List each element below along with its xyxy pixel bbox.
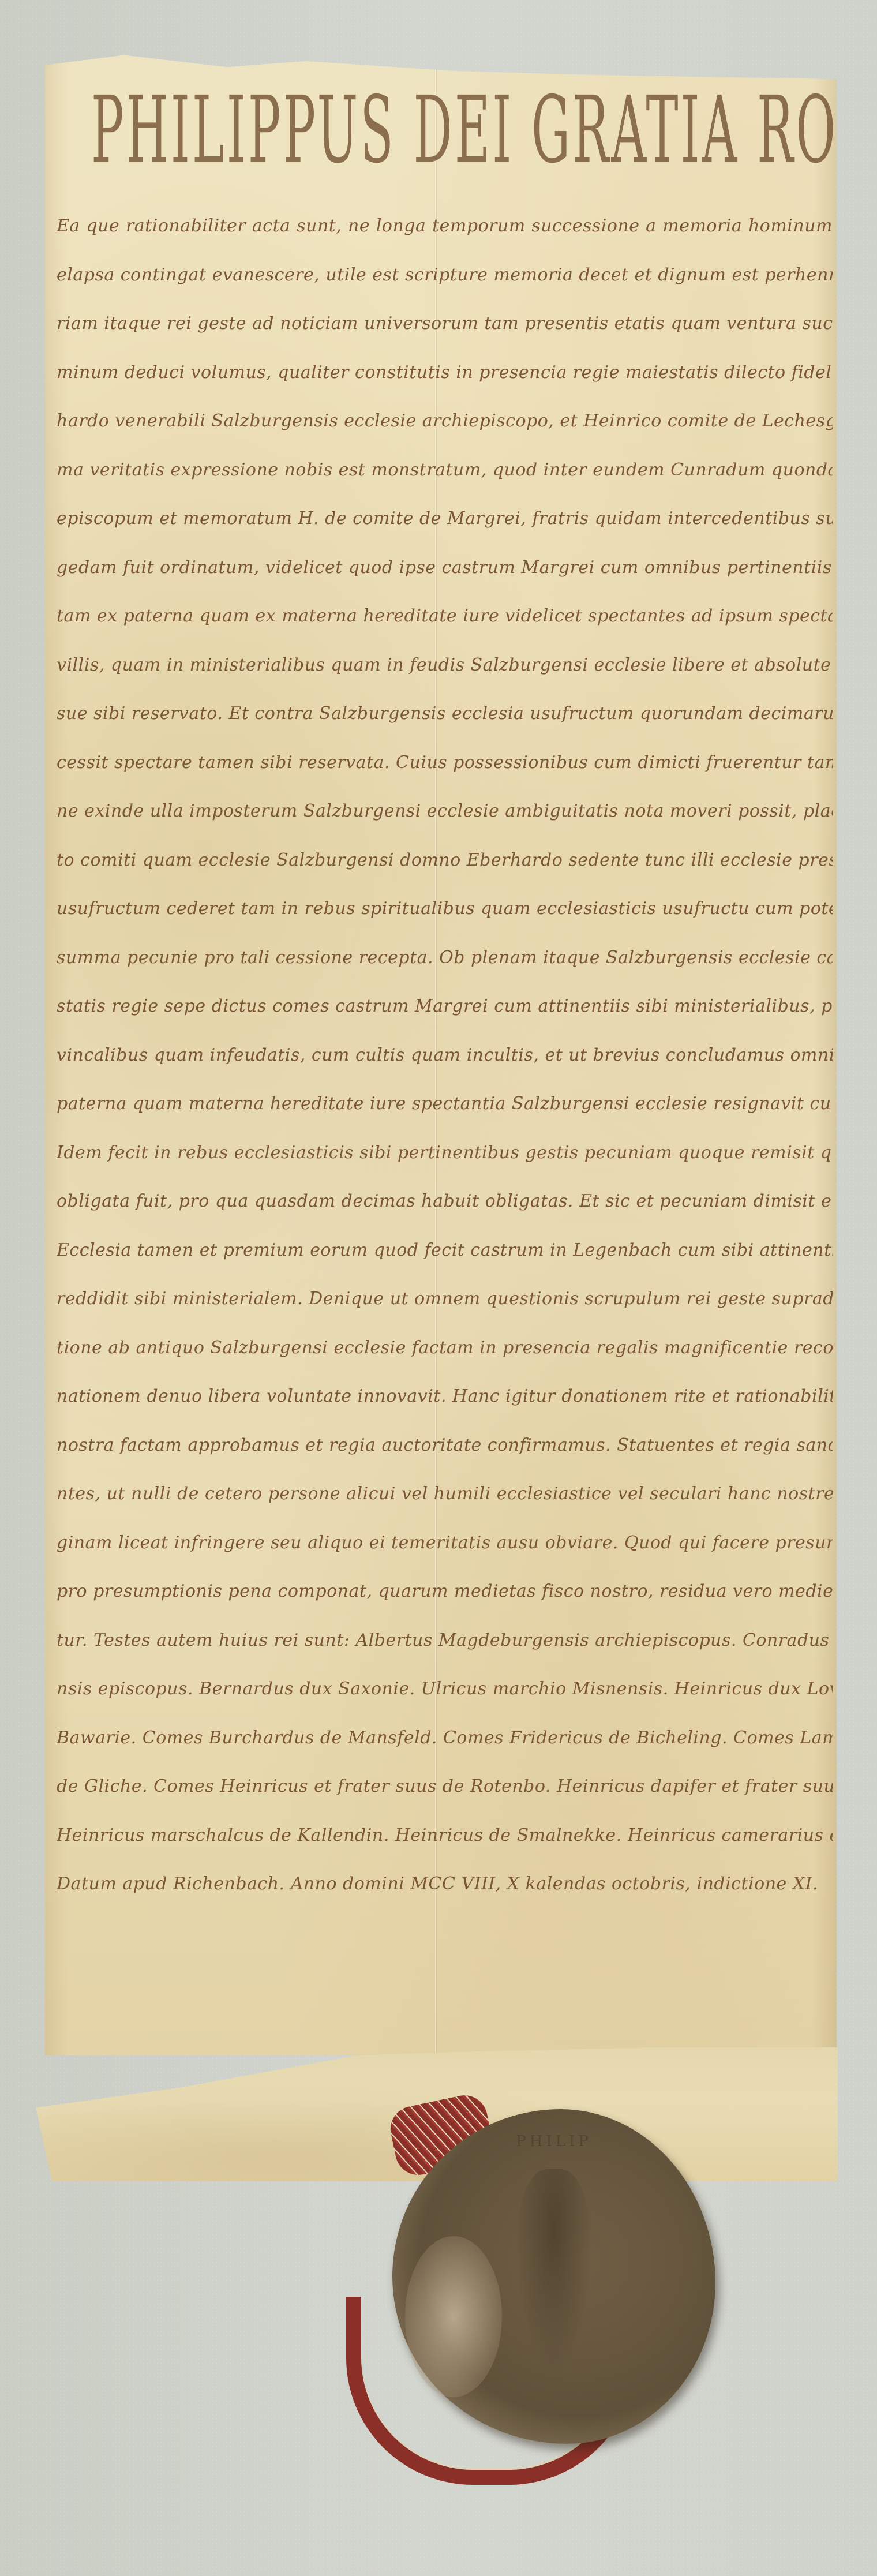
text-line: ne exinde ulla imposterum Salzburgensi e… xyxy=(57,787,833,836)
text-line: to comiti quam ecclesie Salzburgensi dom… xyxy=(57,836,833,885)
text-line: obligata fuit, pro qua quasdam decimas h… xyxy=(57,1177,833,1226)
text-line: vincalibus quam infeudatis, cum cultis q… xyxy=(57,1031,833,1080)
seal-legend: PHILIP xyxy=(470,2133,638,2150)
text-line: tur. Testes autem huius rei sunt: Albert… xyxy=(57,1616,833,1665)
text-line: reddidit sibi ministerialem. Denique ut … xyxy=(57,1275,833,1324)
text-line: Heinricus marschalcus de Kallendin. Hein… xyxy=(57,1811,833,1860)
text-line: nostra factam approbamus et regia auctor… xyxy=(57,1421,833,1470)
text-line: pro presumptionis pena componat, quarum … xyxy=(57,1567,833,1616)
text-line: hardo venerabili Salzburgensis ecclesie … xyxy=(57,397,833,446)
text-line: statis regie sepe dictus comes castrum M… xyxy=(57,982,833,1031)
text-line: paterna quam materna hereditate iure spe… xyxy=(57,1080,833,1129)
text-line: sue sibi reservato. Et contra Salzburgen… xyxy=(57,690,833,739)
text-line: nsis episcopus. Bernardus dux Saxonie. U… xyxy=(57,1665,833,1714)
text-line: cessit spectare tamen sibi reservata. Cu… xyxy=(57,739,833,788)
text-line: tione ab antiquo Salzburgensi ecclesie f… xyxy=(57,1324,833,1373)
text-line: summa pecunie pro tali cessione recepta.… xyxy=(57,934,833,983)
text-line: ntes, ut nulli de cetero persone alicui … xyxy=(57,1470,833,1519)
text-line: usufructum cederet tam in rebus spiritua… xyxy=(57,885,833,934)
charter-parchment: PHILIPPUS DEI GRATIA ROMANORUM REX ET SE… xyxy=(45,53,837,2055)
text-line: gedam fuit ordinatum, videlicet quod ips… xyxy=(57,544,833,593)
text-line: villis, quam in ministerialibus quam in … xyxy=(57,641,833,690)
text-line: episcopum et memoratum H. de comite de M… xyxy=(57,495,833,544)
elongated-script-heading: PHILIPPUS DEI GRATIA ROMANORUM REX ET SE… xyxy=(91,76,835,184)
dating-clause-line: Datum apud Richenbach. Anno domini MCC V… xyxy=(57,1860,833,1909)
text-line: Ecclesia tamen et premium eorum quod fec… xyxy=(57,1226,833,1275)
text-line: ginam liceat infringere seu aliquo ei te… xyxy=(57,1519,833,1568)
text-line: Bawarie. Comes Burchardus de Mansfeld. C… xyxy=(57,1714,833,1763)
text-line: ma veritatis expressione nobis est monst… xyxy=(57,446,833,495)
charter-text-body: Ea que rationabiliter acta sunt, ne long… xyxy=(57,202,833,1909)
enthroned-king-figure-icon xyxy=(515,2169,593,2377)
text-line: Idem fecit in rebus ecclesiasticis sibi … xyxy=(57,1129,833,1178)
text-line: nationem denuo libera voluntate innovavi… xyxy=(57,1372,833,1421)
text-line: tam ex paterna quam ex materna hereditat… xyxy=(57,592,833,641)
text-line: minum deduci volumus, qualiter constitut… xyxy=(57,349,833,398)
text-line: Ea que rationabiliter acta sunt, ne long… xyxy=(57,202,833,251)
wax-seal: PHILIP xyxy=(392,2109,715,2444)
seal-worn-area xyxy=(405,2236,502,2397)
text-line: riam itaque rei geste ad noticiam univer… xyxy=(57,299,833,349)
text-line: elapsa contingat evanescere, utile est s… xyxy=(57,251,833,300)
text-line: de Gliche. Comes Heinricus et frater suu… xyxy=(57,1762,833,1811)
